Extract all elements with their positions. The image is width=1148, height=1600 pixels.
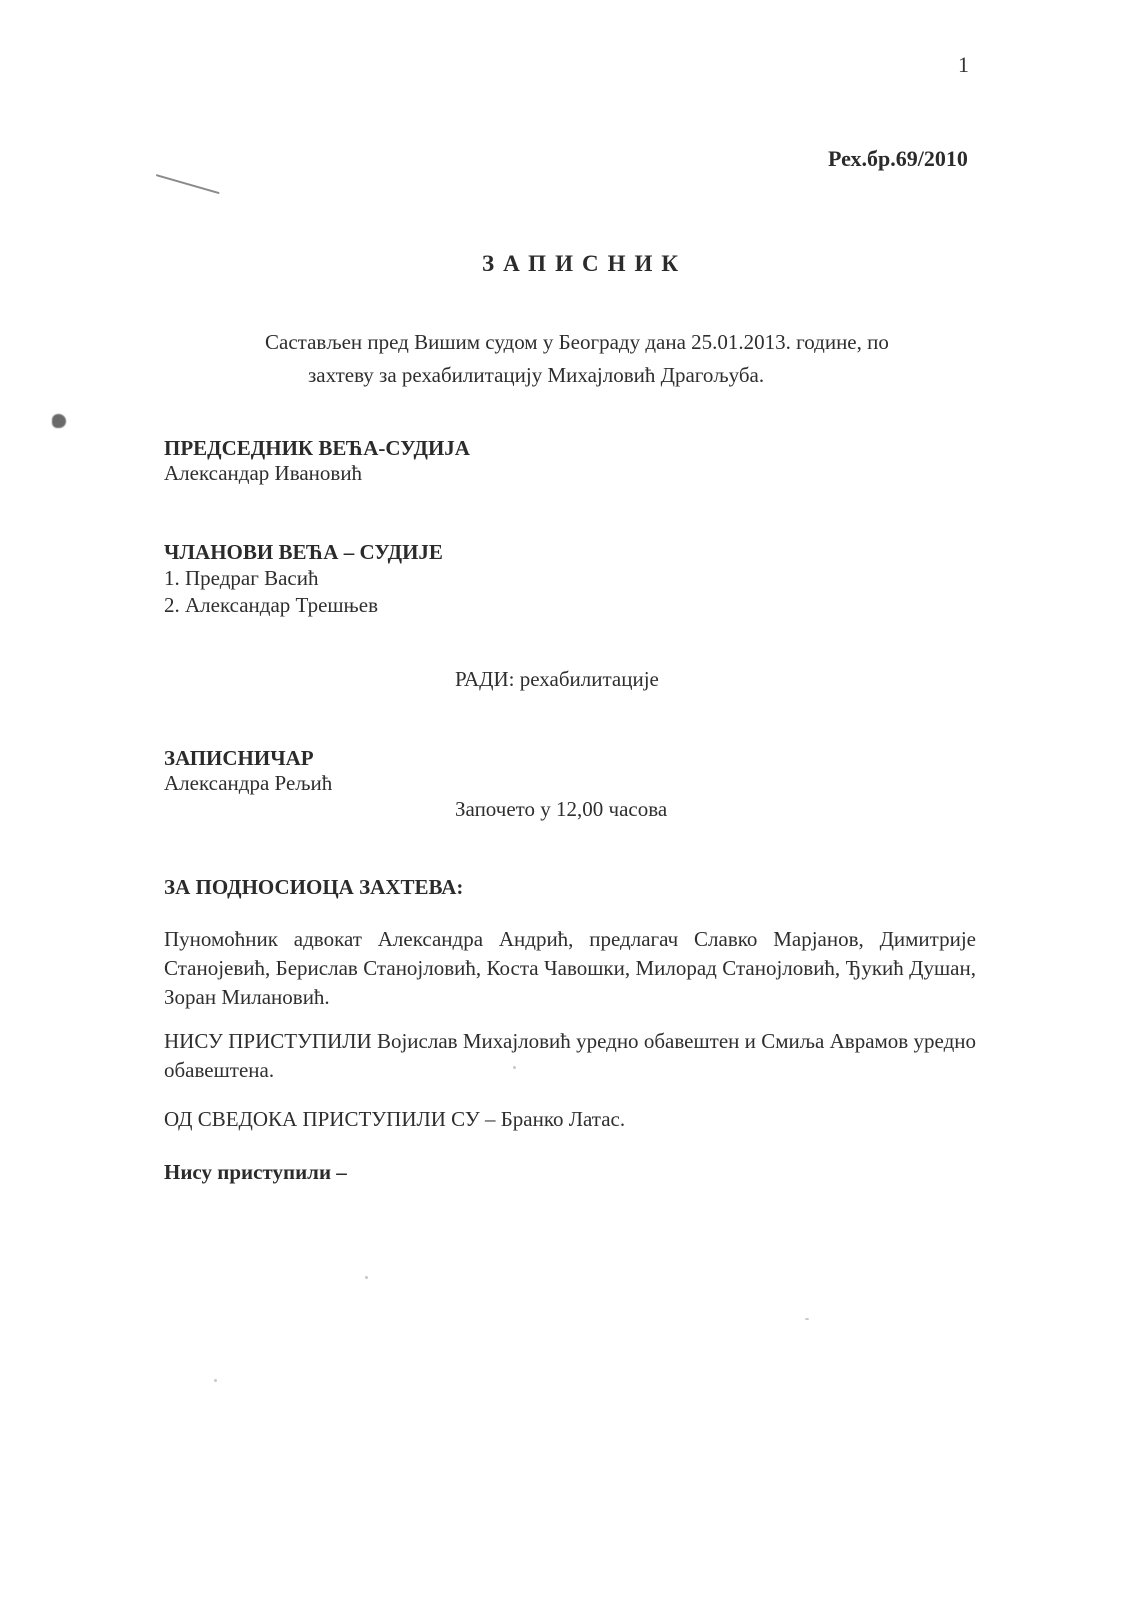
not-present-heading: Нису приступили – bbox=[164, 1160, 347, 1185]
presiding-name: Александар Ивановић bbox=[164, 461, 362, 486]
recorder-name: Александра Рељић bbox=[164, 771, 332, 796]
panel-member-1: 1. Предраг Васић bbox=[164, 566, 318, 591]
panel-member-2: 2. Александар Трешњев bbox=[164, 593, 378, 618]
witnesses-present: ОД СВЕДОКА ПРИСТУПИЛИ СУ – Бранко Латас. bbox=[164, 1107, 625, 1132]
applicant-heading: ЗА ПОДНОСИОЦА ЗАХТЕВА: bbox=[164, 875, 463, 900]
page-number: 1 bbox=[958, 52, 969, 78]
panel-members-heading: ЧЛАНОВИ ВЕЋА – СУДИЈЕ bbox=[164, 540, 443, 565]
scan-artifact-line bbox=[156, 174, 220, 194]
absent-paragraph: НИСУ ПРИСТУПИЛИ Војислав Михајловић уред… bbox=[164, 1027, 976, 1085]
intro-line-1: Састављен пред Вишим судом у Београду да… bbox=[265, 330, 889, 355]
start-time: Започето у 12,00 часова bbox=[455, 797, 667, 822]
case-number: Рех.бр.69/2010 bbox=[828, 146, 968, 172]
scan-speck bbox=[805, 1318, 809, 1320]
recorder-heading: ЗАПИСНИЧАР bbox=[164, 746, 314, 771]
scan-speck bbox=[365, 1276, 368, 1279]
scan-speck bbox=[214, 1379, 217, 1382]
scan-artifact-blot bbox=[52, 414, 66, 428]
intro-line-2: захтеву за рехабилитацију Михајловић Дра… bbox=[308, 363, 764, 388]
presiding-heading: ПРЕДСЕДНИК ВЕЋА-СУДИЈА bbox=[164, 436, 470, 461]
attendees-paragraph: Пуномоћник адвокат Александра Андрић, пр… bbox=[164, 925, 976, 1012]
document-title: ЗАПИСНИК bbox=[482, 251, 687, 277]
subject: РАДИ: рехабилитације bbox=[455, 667, 659, 692]
